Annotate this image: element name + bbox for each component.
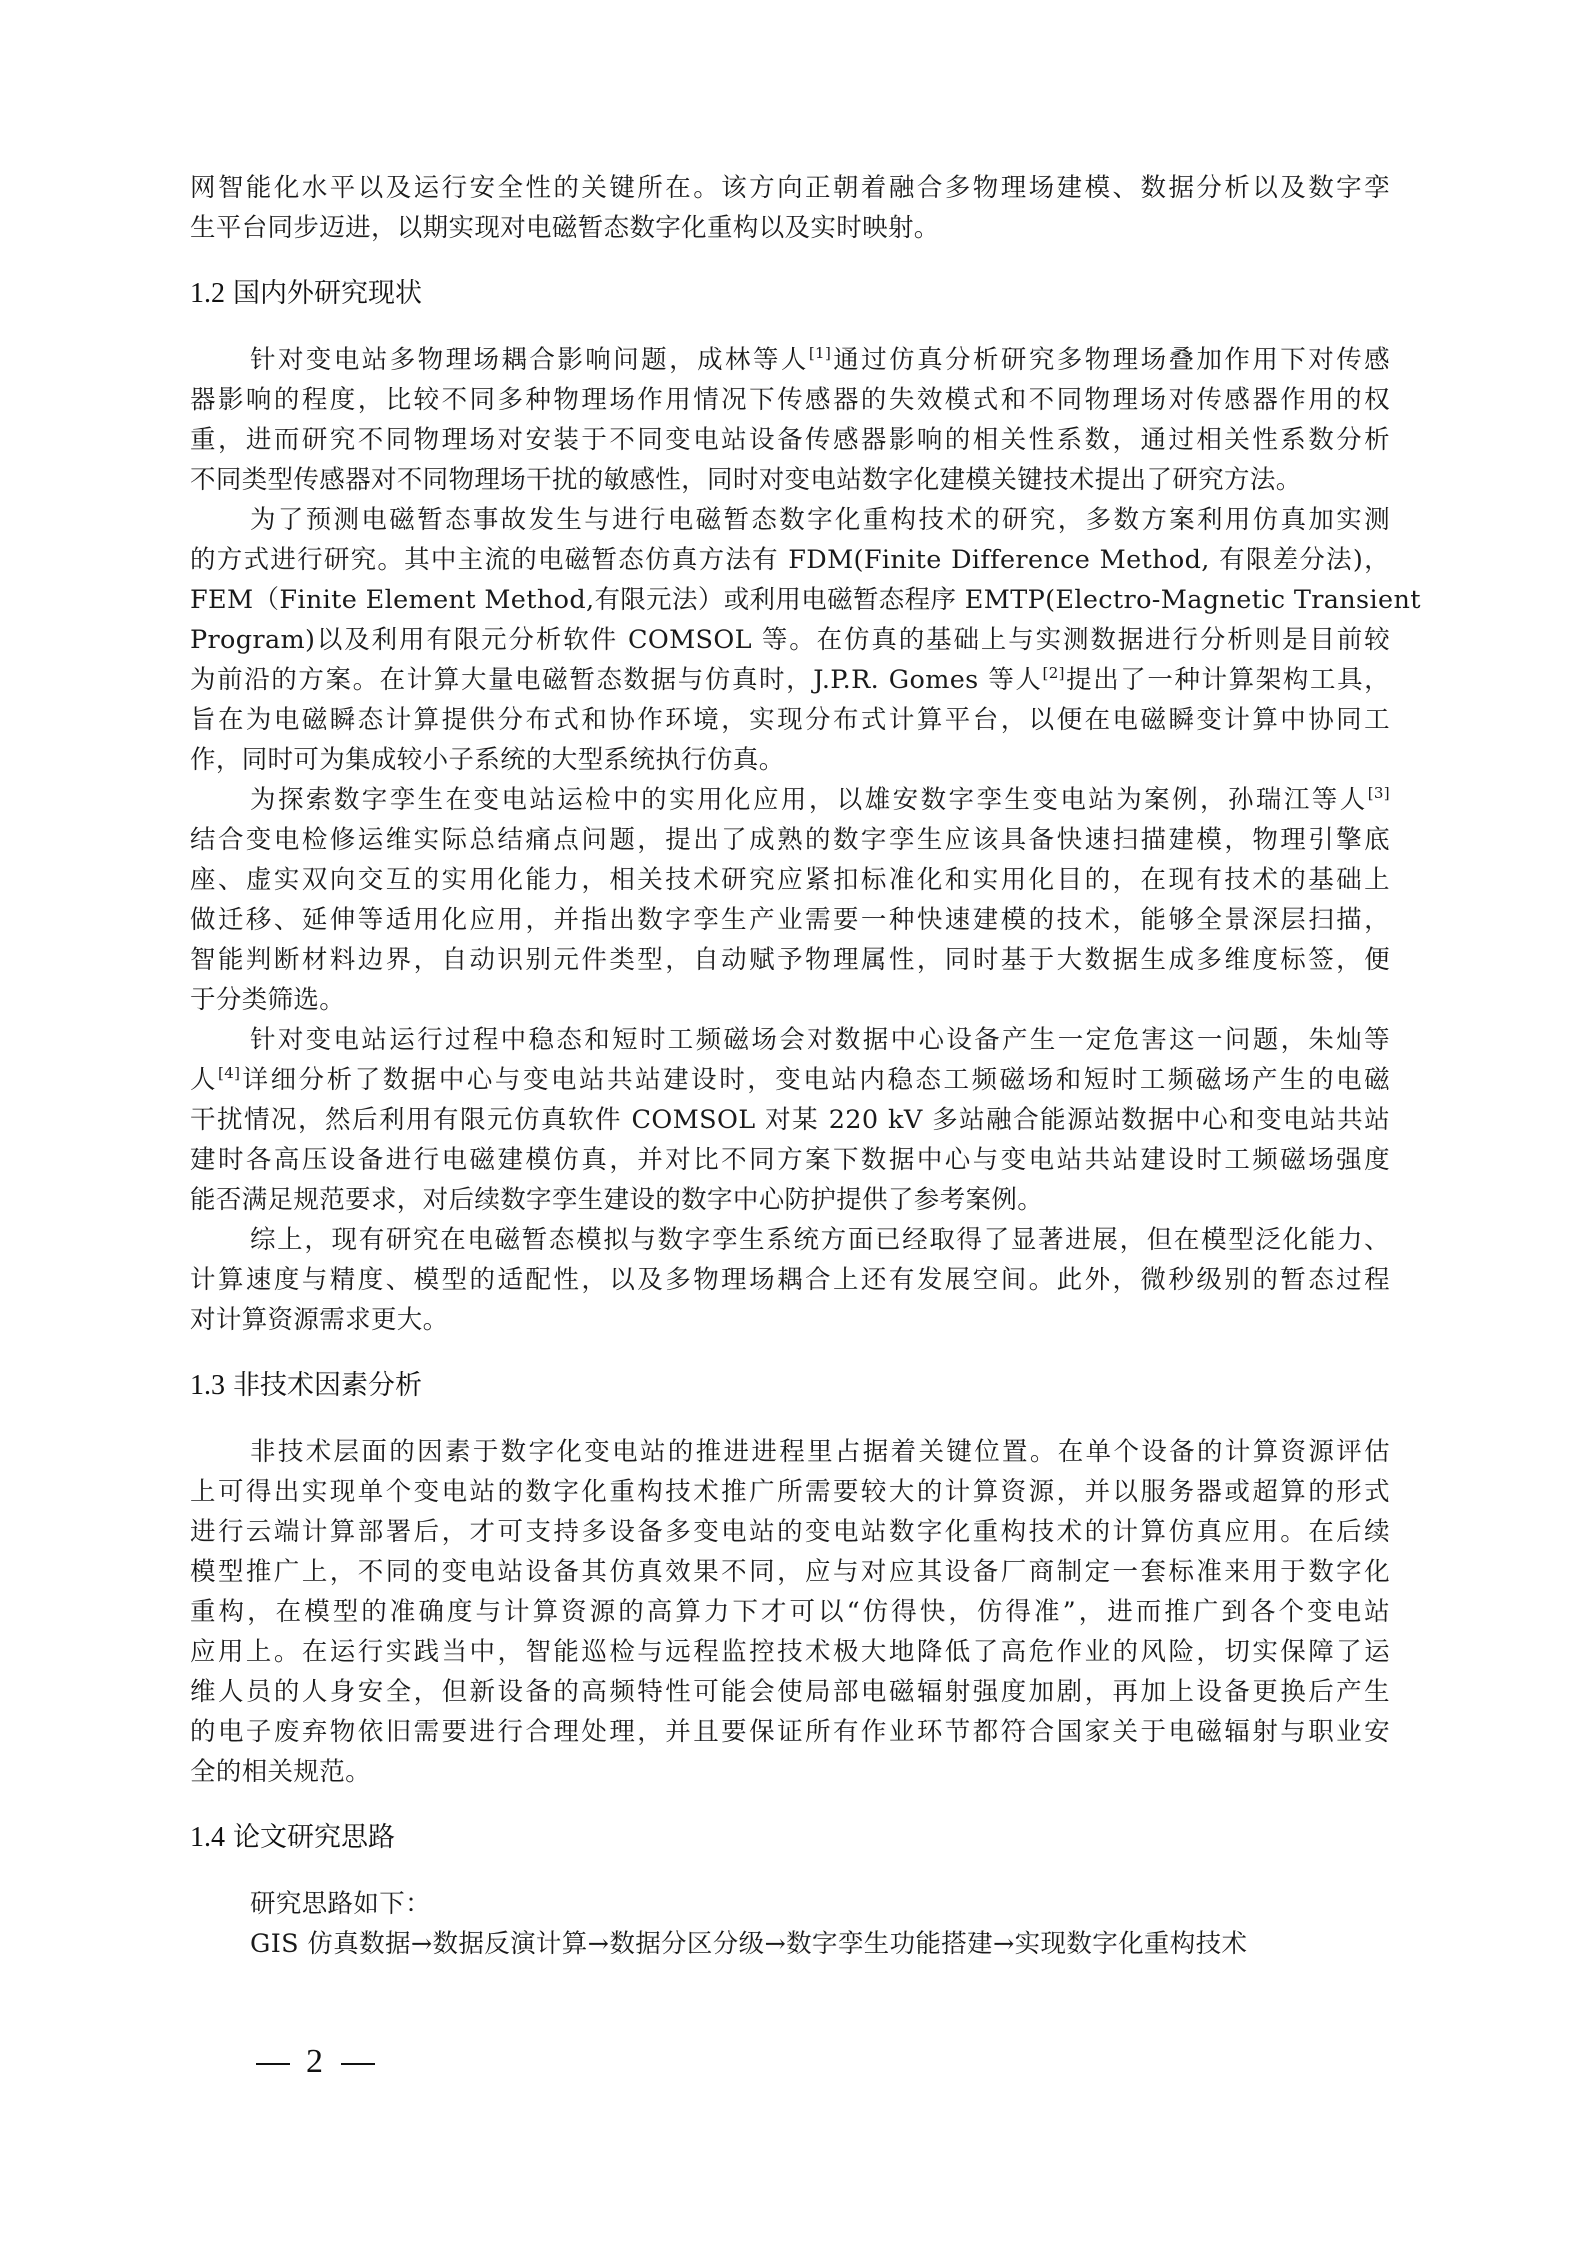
text-line: 建时各高压设备进行电磁建模仿真，并对比不同方案下数据中心与变电站共站建设时工频磁…	[190, 1140, 1390, 1180]
text-line: 的电子废弃物依旧需要进行合理处理，并且要保证所有作业环节都符合国家关于电磁辐射与…	[190, 1712, 1390, 1752]
text-line: 干扰情况，然后利用有限元仿真软件 COMSOL 对某 220 kV 多站融合能源…	[190, 1100, 1390, 1140]
section-title: 国内外研究现状	[233, 278, 422, 309]
document-page: 网智能化水平以及运行安全性的关键所在。该方向正朝着融合多物理场建模、数据分析以及…	[0, 0, 1586, 2245]
text-run: 通过仿真分析研究多物理场叠加作用下对传感	[831, 345, 1390, 375]
text-line: 于分类筛选。	[190, 980, 1390, 1020]
text-line: 智能判断材料边界，自动识别元件类型，自动赋予物理属性，同时基于大数据生成多维度标…	[190, 940, 1390, 980]
paragraph: 针对变电站运行过程中稳态和短时工频磁场会对数据中心设备产生一定危害这一问题，朱灿…	[190, 1020, 1390, 1220]
text-line: 座、虚实双向交互的实用化能力，相关技术研究应紧扣标准化和实用化目的，在现有技术的…	[190, 860, 1390, 900]
text-line: 为前沿的方案。在计算大量电磁暂态数据与仿真时，J.P.R. Gomes 等人[2…	[190, 660, 1390, 700]
text-line: 重，进而研究不同物理场对安装于不同变电站设备传感器影响的相关性系数，通过相关性系…	[190, 420, 1390, 460]
text-line: 能否满足规范要求，对后续数字孪生建设的数字中心防护提供了参考案例。	[190, 1180, 1390, 1220]
text-line: 模型推广上，不同的变电站设备其仿真效果不同，应与对应其设备厂商制定一套标准来用于…	[190, 1552, 1390, 1592]
text-line: 生平台同步迈进，以期实现对电磁暂态数字化重构以及实时映射。	[190, 208, 1390, 248]
text-line: Program)以及利用有限元分析软件 COMSOL 等。在仿真的基础上与实测数…	[190, 620, 1390, 660]
text-run: 人	[190, 1065, 218, 1095]
paragraph: 非技术层面的因素于数字化变电站的推进进程里占据着关键位置。在单个设备的计算资源评…	[190, 1432, 1390, 1792]
text-line: 的方式进行研究。其中主流的电磁暂态仿真方法有 FDM(Finite Differ…	[190, 540, 1390, 580]
paragraph: 为了预测电磁暂态事故发生与进行电磁暂态数字化重构技术的研究，多数方案利用仿真加实…	[190, 500, 1390, 780]
text-line: 非技术层面的因素于数字化变电站的推进进程里占据着关键位置。在单个设备的计算资源评…	[190, 1432, 1390, 1472]
text-line: 人[4]详细分析了数据中心与变电站共站建设时，变电站内稳态工频磁场和短时工频磁场…	[190, 1060, 1390, 1100]
dash-right	[341, 2063, 375, 2065]
section-heading-1-3: 1.3非技术因素分析	[190, 1366, 1390, 1406]
section-heading-1-4: 1.4论文研究思路	[190, 1818, 1390, 1858]
text-line: 做迁移、延伸等适用化应用，并指出数字孪生产业需要一种快速建模的技术，能够全景深层…	[190, 900, 1390, 940]
text-run: 针对变电站多物理场耦合影响问题，成林等人	[250, 345, 809, 375]
dash-left	[256, 2063, 290, 2065]
text-line: 上可得出实现单个变电站的数字化重构技术推广所需要较大的计算资源，并以服务器或超算…	[190, 1472, 1390, 1512]
section-heading-1-2: 1.2国内外研究现状	[190, 274, 1390, 314]
research-approach: 研究思路如下： GIS 仿真数据→数据反演计算→数据分区分级→数字孪生功能搭建→…	[190, 1884, 1390, 1964]
text-line: 重构，在模型的准确度与计算资源的高算力下才可以“仿得快，仿得准”，进而推广到各个…	[190, 1592, 1390, 1632]
text-run: 为前沿的方案。在计算大量电磁暂态数据与仿真时，J.P.R. Gomes 等人	[190, 665, 1043, 695]
citation-ref: [4]	[218, 1064, 240, 1082]
text-line: 作，同时可为集成较小子系统的大型系统执行仿真。	[190, 740, 1390, 780]
text-line: 针对变电站运行过程中稳态和短时工频磁场会对数据中心设备产生一定危害这一问题，朱灿…	[190, 1020, 1390, 1060]
section-number: 1.2	[190, 278, 225, 309]
text-line: 针对变电站多物理场耦合影响问题，成林等人[1]通过仿真分析研究多物理场叠加作用下…	[190, 340, 1390, 380]
text-run: 为探索数字孪生在变电站运检中的实用化应用，以雄安数字孪生变电站为案例，孙瑞江等人	[250, 785, 1368, 815]
page-number: 2	[240, 2043, 391, 2081]
text-line: 器影响的程度，比较不同多种物理场作用情况下传感器的失效模式和不同物理场对传感器作…	[190, 380, 1390, 420]
section-title: 非技术因素分析	[233, 1370, 422, 1401]
text-line: 综上，现有研究在电磁暂态模拟与数字孪生系统方面已经取得了显著进展，但在模型泛化能…	[190, 1220, 1390, 1260]
text-run: 详细分析了数据中心与变电站共站建设时，变电站内稳态工频磁场和短时工频磁场产生的电…	[240, 1065, 1390, 1095]
text-line: 为探索数字孪生在变电站运检中的实用化应用，以雄安数字孪生变电站为案例，孙瑞江等人…	[190, 780, 1390, 820]
text-line: 旨在为电磁瞬态计算提供分布式和协作环境，实现分布式计算平台，以便在电磁瞬变计算中…	[190, 700, 1390, 740]
paragraph: 为探索数字孪生在变电站运检中的实用化应用，以雄安数字孪生变电站为案例，孙瑞江等人…	[190, 780, 1390, 1020]
research-flow: GIS 仿真数据→数据反演计算→数据分区分级→数字孪生功能搭建→实现数字化重构技…	[190, 1924, 1390, 1964]
paragraph: 综上，现有研究在电磁暂态模拟与数字孪生系统方面已经取得了显著进展，但在模型泛化能…	[190, 1220, 1390, 1340]
text-line: 不同类型传感器对不同物理场干扰的敏感性，同时对变电站数字化建模关键技术提出了研究…	[190, 460, 1390, 500]
text-line: 结合变电检修运维实际总结痛点问题，提出了成熟的数字孪生应该具备快速扫描建模，物理…	[190, 820, 1390, 860]
text-line: 计算速度与精度、模型的适配性，以及多物理场耦合上还有发展空间。此外，微秒级别的暂…	[190, 1260, 1390, 1300]
text-line: FEM（Finite Element Method,有限元法）或利用电磁暂态程序…	[190, 580, 1390, 620]
citation-ref: [2]	[1043, 664, 1065, 682]
citation-ref: [3]	[1368, 784, 1390, 802]
text-run: 提出了一种计算架构工具，	[1065, 665, 1390, 695]
text-line: 维人员的人身安全，但新设备的高频特性可能会使局部电磁辐射强度加剧，再加上设备更换…	[190, 1672, 1390, 1712]
section-number: 1.4	[190, 1822, 225, 1853]
text-line: 网智能化水平以及运行安全性的关键所在。该方向正朝着融合多物理场建模、数据分析以及…	[190, 168, 1390, 208]
text-line: 应用上。在运行实践当中，智能巡检与远程监控技术极大地降低了高危作业的风险，切实保…	[190, 1632, 1390, 1672]
text-line: 对计算资源需求更大。	[190, 1300, 1390, 1340]
text-line: 进行云端计算部署后，才可支持多设备多变电站的变电站数字化重构技术的计算仿真应用。…	[190, 1512, 1390, 1552]
citation-ref: [1]	[809, 344, 831, 362]
section-number: 1.3	[190, 1370, 225, 1401]
paragraph: 针对变电站多物理场耦合影响问题，成林等人[1]通过仿真分析研究多物理场叠加作用下…	[190, 340, 1390, 500]
text-line: 全的相关规范。	[190, 1752, 1390, 1792]
section-title: 论文研究思路	[233, 1822, 395, 1853]
text-line: 研究思路如下：	[190, 1884, 1390, 1924]
page-number-value: 2	[306, 2043, 325, 2080]
text-line: 为了预测电磁暂态事故发生与进行电磁暂态数字化重构技术的研究，多数方案利用仿真加实…	[190, 500, 1390, 540]
intro-paragraph: 网智能化水平以及运行安全性的关键所在。该方向正朝着融合多物理场建模、数据分析以及…	[190, 168, 1390, 248]
page-body: 网智能化水平以及运行安全性的关键所在。该方向正朝着融合多物理场建模、数据分析以及…	[190, 168, 1390, 1964]
